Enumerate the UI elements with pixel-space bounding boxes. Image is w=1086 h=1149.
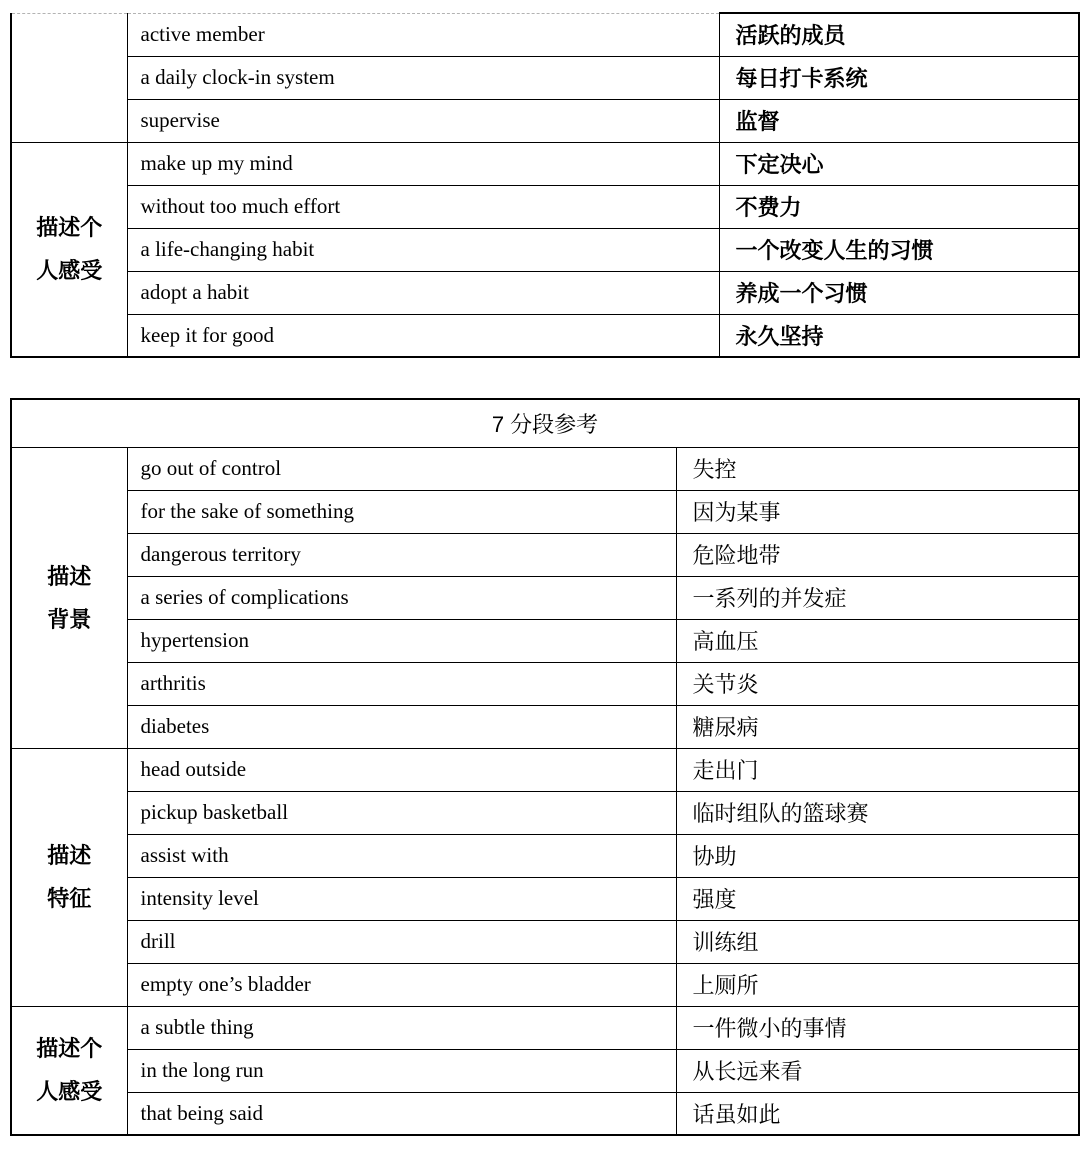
chinese-translation-cell: 从长远来看 bbox=[676, 1049, 1079, 1092]
chinese-translation-cell: 监督 bbox=[719, 99, 1079, 142]
category-label-line: 描述个 bbox=[12, 1027, 127, 1070]
english-phrase-cell: a series of complications bbox=[127, 576, 676, 619]
document-page: active member 活跃的成员 a daily clock-in sys… bbox=[0, 0, 1086, 1149]
category-label-line: 人感受 bbox=[12, 249, 127, 292]
english-phrase-cell: make up my mind bbox=[127, 142, 719, 185]
english-phrase-cell: for the sake of something bbox=[127, 490, 676, 533]
english-phrase-cell: head outside bbox=[127, 748, 676, 791]
english-phrase-cell: diabetes bbox=[127, 705, 676, 748]
english-phrase-cell: intensity level bbox=[127, 877, 676, 920]
english-phrase-cell: in the long run bbox=[127, 1049, 676, 1092]
english-phrase-cell: drill bbox=[127, 920, 676, 963]
category-label-line: 特征 bbox=[12, 877, 127, 920]
chinese-translation-cell: 活跃的成员 bbox=[719, 13, 1079, 56]
category-label-line: 描述个 bbox=[12, 206, 127, 249]
chinese-translation-cell: 一件微小的事情 bbox=[676, 1006, 1079, 1049]
chinese-translation-cell: 临时组队的篮球赛 bbox=[676, 791, 1079, 834]
english-phrase-cell: that being said bbox=[127, 1092, 676, 1135]
english-phrase-cell: a life-changing habit bbox=[127, 228, 719, 271]
chinese-translation-cell: 协助 bbox=[676, 834, 1079, 877]
category-label-personal-feelings: 描述个 人感受 bbox=[11, 1006, 127, 1135]
english-phrase-cell: adopt a habit bbox=[127, 271, 719, 314]
english-phrase-cell: a subtle thing bbox=[127, 1006, 676, 1049]
chinese-translation-cell: 每日打卡系统 bbox=[719, 56, 1079, 99]
chinese-translation-cell: 永久坚持 bbox=[719, 314, 1079, 357]
english-phrase-cell: keep it for good bbox=[127, 314, 719, 357]
english-phrase-cell: supervise bbox=[127, 99, 719, 142]
table-title: 7 分段参考 bbox=[11, 399, 1079, 447]
english-phrase-cell: pickup basketball bbox=[127, 791, 676, 834]
chinese-translation-cell: 上厕所 bbox=[676, 963, 1079, 1006]
chinese-translation-cell: 关节炎 bbox=[676, 662, 1079, 705]
category-label-line: 描述 bbox=[12, 834, 127, 877]
chinese-translation-cell: 养成一个习惯 bbox=[719, 271, 1079, 314]
vocab-table-band7: 7 分段参考 描述 背景 go out of control 失控 for th… bbox=[10, 398, 1080, 1136]
english-phrase-cell: assist with bbox=[127, 834, 676, 877]
category-label-features: 描述 特征 bbox=[11, 748, 127, 1006]
chinese-translation-cell: 训练组 bbox=[676, 920, 1079, 963]
vocab-table-top: active member 活跃的成员 a daily clock-in sys… bbox=[10, 12, 1080, 358]
english-phrase-cell: hypertension bbox=[127, 619, 676, 662]
english-phrase-cell: without too much effort bbox=[127, 185, 719, 228]
chinese-translation-cell: 失控 bbox=[676, 447, 1079, 490]
english-phrase-cell: a daily clock-in system bbox=[127, 56, 719, 99]
chinese-translation-cell: 危险地带 bbox=[676, 533, 1079, 576]
category-label-line: 背景 bbox=[12, 598, 127, 641]
category-label-line: 描述 bbox=[12, 555, 127, 598]
chinese-translation-cell: 糖尿病 bbox=[676, 705, 1079, 748]
category-label-empty bbox=[11, 13, 127, 142]
chinese-translation-cell: 走出门 bbox=[676, 748, 1079, 791]
english-phrase-cell: empty one’s bladder bbox=[127, 963, 676, 1006]
category-label-background: 描述 背景 bbox=[11, 447, 127, 748]
english-phrase-cell: dangerous territory bbox=[127, 533, 676, 576]
chinese-translation-cell: 强度 bbox=[676, 877, 1079, 920]
chinese-translation-cell: 话虽如此 bbox=[676, 1092, 1079, 1135]
english-phrase-cell: active member bbox=[127, 13, 719, 56]
chinese-translation-cell: 因为某事 bbox=[676, 490, 1079, 533]
category-label-personal-feelings: 描述个 人感受 bbox=[11, 142, 127, 357]
chinese-translation-cell: 下定决心 bbox=[719, 142, 1079, 185]
chinese-translation-cell: 高血压 bbox=[676, 619, 1079, 662]
english-phrase-cell: arthritis bbox=[127, 662, 676, 705]
category-label-line: 人感受 bbox=[12, 1070, 127, 1113]
chinese-translation-cell: 一系列的并发症 bbox=[676, 576, 1079, 619]
english-phrase-cell: go out of control bbox=[127, 447, 676, 490]
chinese-translation-cell: 一个改变人生的习惯 bbox=[719, 228, 1079, 271]
chinese-translation-cell: 不费力 bbox=[719, 185, 1079, 228]
